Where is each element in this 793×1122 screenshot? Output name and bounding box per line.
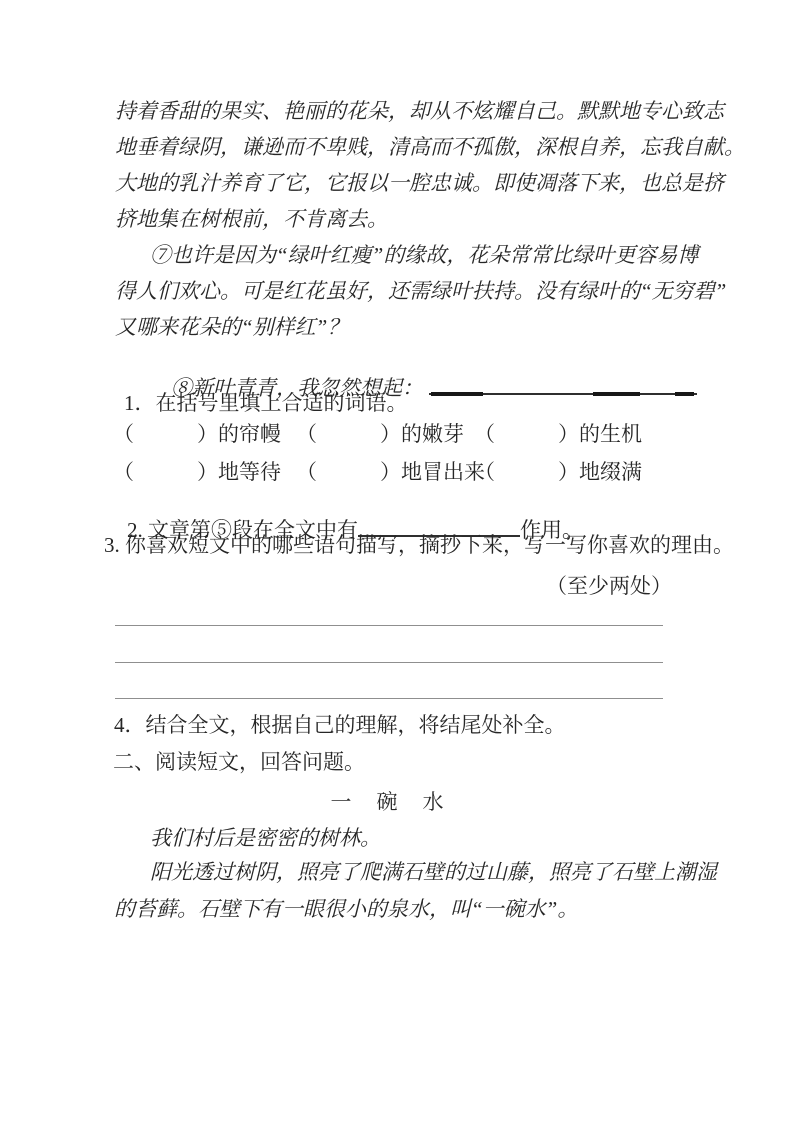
q1-blank-cell-5: （ ）地冒出来 <box>296 459 485 485</box>
worksheet-page: 持着香甜的果实、艳丽的花朵，却从不炫耀自己。默默地专心致志 地垂着绿阴，谦逊而不… <box>0 0 793 1122</box>
answer-line-1 <box>115 625 663 626</box>
article2-title: 一 碗 水 <box>114 786 662 816</box>
q1-blank-cell-1: （ ）的帘幔 <box>113 421 281 447</box>
underline-segment <box>675 392 694 396</box>
q1-blank-cell-2: （ ）的嫩芽 <box>296 421 464 447</box>
article1-para6-line3: 大地的乳汁养育了它，它报以一腔忠诚。即使凋落下来，也总是挤 <box>115 170 724 196</box>
q1-blank-cell-3: （ ）的生机 <box>474 421 642 447</box>
para8-fill-blank-underline <box>429 376 697 395</box>
article1-para6-line4: 挤地集在树根前，不肯离去。 <box>115 206 388 232</box>
article2-para2-line1: 阳光透过树阴，照亮了爬满石壁的过山藤，照亮了石壁上潮湿 <box>150 859 717 885</box>
article2-para1: 我们村后是密密的树林。 <box>150 825 381 851</box>
article1-para7-line1: ⑦也许是因为“绿叶红瘦”的缘故，花朵常常比绿叶更容易博 <box>150 242 698 268</box>
q1-blank-cell-4: （ ）地等待 <box>113 459 281 485</box>
article1-para6-line2: 地垂着绿阴，谦逊而不卑贱，清高而不孤傲，深根自养，忘我自献。 <box>115 134 745 160</box>
section-2-heading: 二、阅读短文，回答问题。 <box>113 749 365 775</box>
answer-line-3 <box>115 698 663 699</box>
article2-para2-line2: 的苔藓。石壁下有一眼很小的泉水，叫“一碗水”。 <box>114 896 578 922</box>
article1-para7-line3: 又哪来花朵的“别样红”？ <box>115 314 348 340</box>
article1-para7-line2: 得人们欢心。可是红花虽好，还需绿叶扶持。没有绿叶的“无穷碧” <box>115 278 726 304</box>
article1-para6-line1: 持着香甜的果实、艳丽的花朵，却从不炫耀自己。默默地专心致志 <box>115 98 724 124</box>
question-4-label: 4．结合全文，根据自己的理解，将结尾处补全。 <box>114 712 566 738</box>
question-3-note: （至少两处） <box>115 570 672 600</box>
q1-blank-cell-6: （ ）地缀满 <box>474 459 642 485</box>
underline-segment <box>431 392 483 396</box>
question-1-label: 1．在括号里填上合适的词语。 <box>124 390 408 416</box>
question-3-label: 3. 你喜欢短文中的哪些语句描写，摘抄下来，写一写你喜欢的理由。 <box>104 532 734 558</box>
underline-segment <box>593 392 640 396</box>
answer-line-2 <box>115 662 663 663</box>
